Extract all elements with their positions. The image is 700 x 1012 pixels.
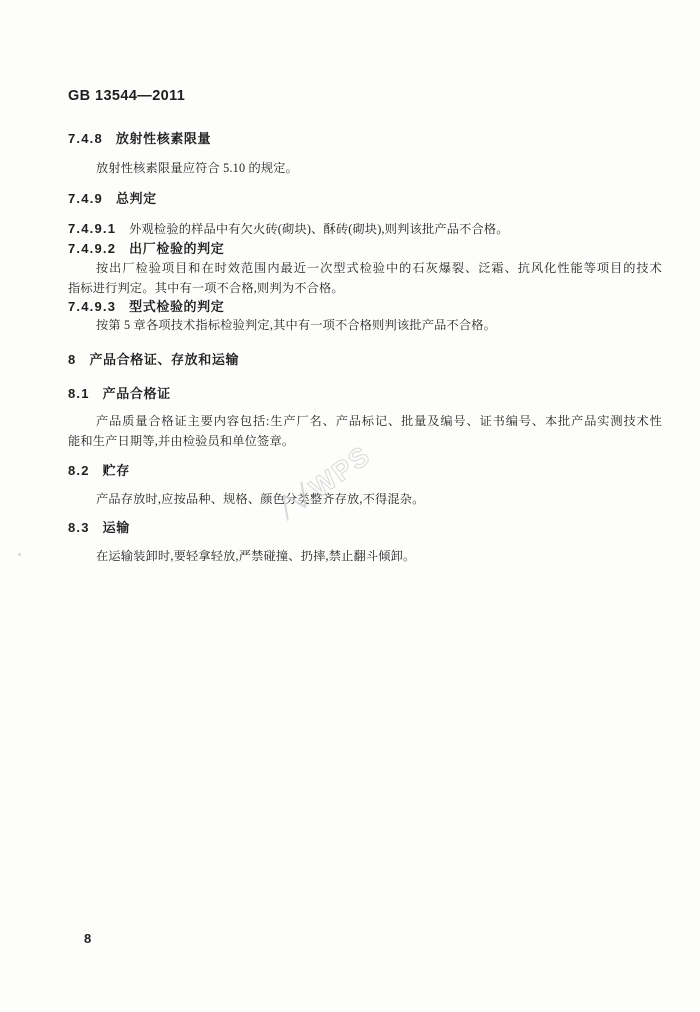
clause-heading-7-4-9: 7.4.9总判定 <box>68 190 634 207</box>
paragraph-line: 能和生产日期等,并由检验员和单位签章。 <box>68 433 634 450</box>
clause-number: 7.4.9 <box>68 191 103 206</box>
paragraph: 按第 5 章各项技术指标检验判定,其中有一项不合格则判该批产品不合格。 <box>68 317 662 334</box>
standard-code: GB 13544—2011 <box>68 88 634 104</box>
paragraph-line: 产品质量合格证主要内容包括:生产厂名、产品标记、批量及编号、证书编号、本批产品实… <box>68 413 662 430</box>
paragraph: 放射性核素限量应符合 5.10 的规定。 <box>68 160 662 177</box>
paragraph: 在运输装卸时,要轻拿轻放,严禁碰撞、扔摔,禁止翻斗倾卸。 <box>68 548 662 565</box>
clause-title: 产品合格证、存放和运输 <box>89 352 239 367</box>
clause-7-4-9-1: 7.4.9.1外观检验的样品中有欠火砖(砌块)、酥砖(砌块),则判该批产品不合格… <box>68 220 634 238</box>
document-page: GB 13544—2011 7.4.8放射性核素限量 放射性核素限量应符合 5.… <box>0 0 700 1012</box>
scan-speck <box>18 553 21 556</box>
clause-number: 7.4.9.2 <box>68 241 116 256</box>
clause-title: 贮存 <box>103 463 130 478</box>
clause-number: 8.2 <box>68 463 90 478</box>
clause-number: 7.4.9.3 <box>68 299 116 314</box>
clause-heading-7-4-8: 7.4.8放射性核素限量 <box>68 130 634 147</box>
clause-heading-7-4-9-3: 7.4.9.3型式检验的判定 <box>68 298 634 315</box>
clause-heading-7-4-9-2: 7.4.9.2出厂检验的判定 <box>68 240 634 257</box>
clause-heading-8-2: 8.2贮存 <box>68 462 634 479</box>
clause-number: 8.1 <box>68 386 90 401</box>
clause-title: 放射性核素限量 <box>116 131 211 146</box>
section-heading-8: 8产品合格证、存放和运输 <box>68 351 634 368</box>
clause-title: 总判定 <box>116 191 157 206</box>
paragraph-line: 按出厂检验项目和在时效范围内最近一次型式检验中的石灰爆裂、泛霜、抗风化性能等项目… <box>68 260 662 277</box>
paragraph-line: 指标进行判定。其中有一项不合格,则判为不合格。 <box>68 280 634 297</box>
clause-heading-8-1: 8.1产品合格证 <box>68 385 634 402</box>
page-number: 8 <box>84 931 91 946</box>
clause-number: 7.4.9.1 <box>68 221 116 236</box>
clause-heading-8-3: 8.3运输 <box>68 519 634 536</box>
paragraph: 产品存放时,应按品种、规格、颜色分类整齐存放,不得混杂。 <box>68 491 662 508</box>
clause-text: 外观检验的样品中有欠火砖(砌块)、酥砖(砌块),则判该批产品不合格。 <box>129 222 509 236</box>
clause-title: 运输 <box>103 520 130 535</box>
clause-title: 出厂检验的判定 <box>129 241 224 256</box>
clause-number: 8 <box>68 352 76 367</box>
clause-title: 产品合格证 <box>103 386 171 401</box>
clause-number: 7.4.8 <box>68 131 103 146</box>
clause-number: 8.3 <box>68 520 90 535</box>
clause-title: 型式检验的判定 <box>129 299 224 314</box>
